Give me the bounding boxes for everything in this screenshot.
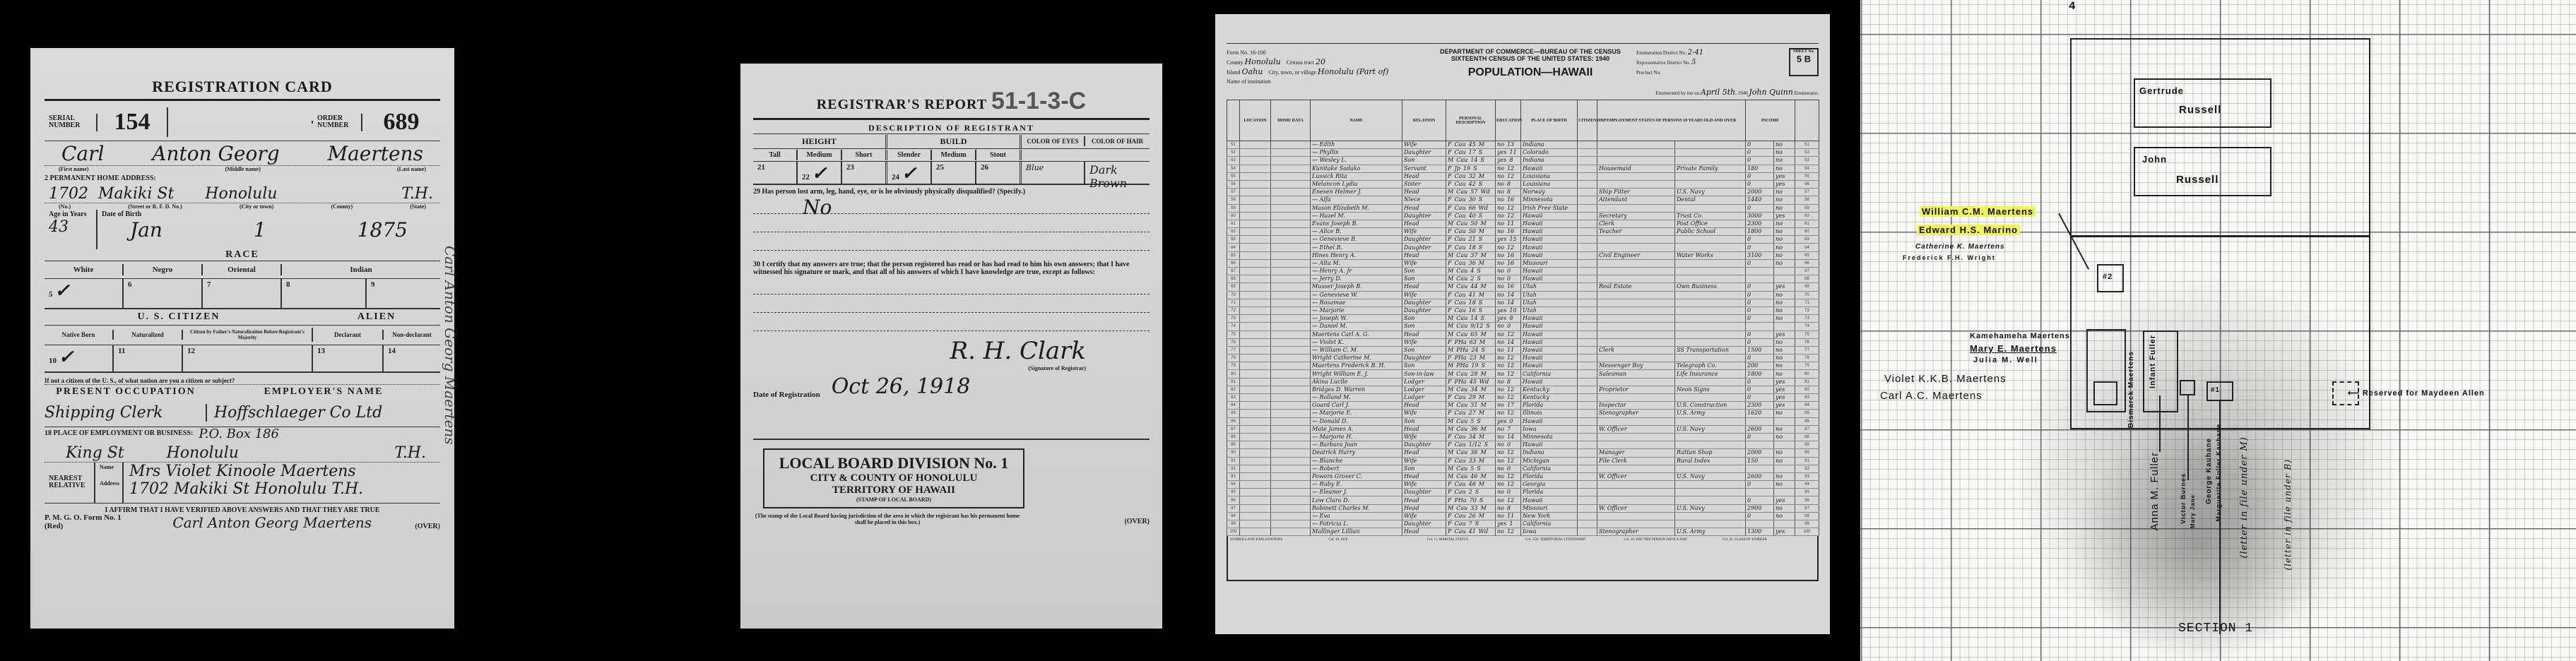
map-name: Carl A.C. Maertens [1880,390,1983,402]
stamp-number: 51-1-3-C [991,88,1086,115]
col-home-data: HOME DATA [1271,100,1311,141]
census-value: 50 [1469,228,1476,234]
census-cell-relation: Daughter [1402,244,1446,251]
census-cell-birth: Hawaii [1521,165,1578,172]
census-cell-name: — Patricia L. [1311,520,1402,528]
census-value: Cau [1456,449,1467,455]
census-value: F [1448,228,1452,234]
census-cell-income: 2600 [1746,472,1774,480]
census-cell-birth: Minnesota [1521,196,1578,204]
census-value: 12 [1507,205,1514,211]
census-value: S [1475,520,1479,527]
census-cell-personal: MPHa19S [1446,362,1496,370]
census-cell-edu: no12 [1496,394,1521,402]
census-value: Cau [1456,283,1467,290]
serial-number: 154 [98,107,168,137]
census-cell-cit [1578,196,1597,204]
census-cell-blank [1240,433,1271,441]
census-value: M [1479,339,1485,345]
census-cell-cit [1578,259,1597,267]
census-cell-personal: FPHa70S [1446,496,1496,504]
census-value: M [1448,347,1453,353]
census-cell-blank [1271,520,1311,528]
census-value: no [1497,528,1504,535]
census-row: 78Wright Catherine M.DaughterFPHa23Mno12… [1227,355,1819,362]
census-cell-relation: Head [1402,496,1446,504]
field-number: 23 [842,162,887,184]
census-cell-blank [1240,196,1271,204]
census-cell-blank [1271,323,1311,330]
relative-name-label: Name [100,464,118,470]
census-cell-occ: W. Officer [1597,472,1675,480]
census-cell-income: 0 [1746,259,1774,267]
census-cell-personal: FCau66Wd [1446,204,1496,212]
census-cell-ind [1675,157,1746,165]
census-value: no [1497,347,1504,353]
census-value: no [1497,228,1504,234]
census-cell-line: 58 [1227,196,1240,204]
county-label: County [1227,59,1243,66]
census-cell-cit [1578,291,1597,299]
census-cell-income: 0 [1746,315,1774,323]
census-cell-edu: no12 [1496,410,1521,417]
census-cell-line: 88 [1795,433,1819,441]
census-table: LOCATION HOME DATA NAME RELATION PERSONA… [1227,100,1819,536]
census-value: M [1480,505,1486,511]
census-value: Cau [1455,181,1466,187]
census-cell-income [1746,520,1774,528]
census-row: 68— Jerry D.SonMCau2Sno0Hawaii68 [1227,275,1819,283]
census-cell-edu: no8 [1496,189,1521,196]
census-cell-relation: Head [1402,172,1446,180]
map-section-label: SECTION 1 [2178,621,2253,636]
census-cell-occ [1597,433,1675,441]
census-cell-ind: Private Family [1675,165,1746,172]
census-cell-cit [1578,410,1597,417]
employer-label: EMPLOYER'S NAME [207,386,440,398]
census-row: 98— EvaWifeFCau26Mno11New York0no98 [1227,512,1819,520]
census-value: M [1480,283,1486,290]
census-value: Wd [1479,205,1488,211]
census-value: M [1480,252,1486,258]
census-cell-edu: no8 [1496,378,1521,386]
employer-value: Hoffschlaeger Co Ltd [207,404,440,422]
census-cell-relation: Daughter [1402,212,1446,220]
census-cell-blank [1271,489,1311,496]
census-cell-edu: no12 [1496,481,1521,489]
census-cell-occ: Teacher [1597,228,1675,236]
census-cell-occ: Manager [1597,449,1675,457]
address-state: T.H. [401,185,433,203]
census-cell-occ [1597,465,1675,472]
census-cell-occ: File Clerk [1597,457,1675,465]
census-cell-birth: Hawaii [1521,355,1578,362]
census-cell-blank [1240,441,1271,449]
census-value: Cau [1455,528,1466,535]
address-street: Makiki St [98,185,174,203]
census-cell-blank [1271,204,1311,212]
census-value: Jp [1455,165,1460,172]
census-cell-cit [1578,512,1597,520]
census-cell-cit [1578,228,1597,236]
census-cell-relation: Daughter [1402,355,1446,362]
tract-value: 20 [1316,57,1325,66]
census-cell-line: 84 [1227,402,1240,410]
census-cell-income [1746,489,1774,496]
census-cell-blank [1271,244,1311,251]
census-cell-cit [1578,457,1597,465]
census-cell-edu: yes8 [1496,315,1521,323]
census-cell-occ [1597,338,1675,346]
census-cell-birth: Colorado [1521,149,1578,157]
census-cell-cit [1578,449,1597,457]
census-cell-personal: MCau50M [1446,220,1496,227]
census-value: yes [1497,157,1506,163]
census-cell-birth: Hawaii [1521,496,1578,504]
census-value: Cau [1456,189,1467,195]
height-col: Tall [753,150,798,160]
census-cell-edu: no12 [1496,362,1521,370]
census-row: 90Deatrick HarryHeadMCau36Mno12IndianaMa… [1227,449,1819,457]
census-value: F [1448,181,1452,187]
census-value: 12 [1507,331,1514,338]
census-row: 87Mate James A.HeadMCau36Mno7IowaW. Offi… [1227,425,1819,433]
census-row: 73— Joseph W.SonMCau14Syes8Hawaii0no73 [1227,315,1819,323]
census-value: no [1497,141,1504,148]
census-cell-cit [1578,402,1597,410]
census-cell-line: 92 [1795,465,1819,472]
census-dept: DEPARTMENT OF COMMERCE—BUREAU OF THE CEN… [1438,48,1622,55]
island-label: Island [1227,69,1241,76]
census-cell-birth: Hawaii [1521,417,1578,425]
census-cell-relation: Wife [1402,141,1446,149]
census-cell-blank [1271,417,1311,425]
upper-plot-block [2070,38,2370,237]
census-value: M [1448,157,1453,163]
census-cell-ind: Dental [1675,196,1746,204]
census-cell-line: 55 [1227,172,1240,180]
census-cell-line: 98 [1227,512,1240,520]
census-cell-blank [1240,157,1271,165]
census-value: no [1497,489,1504,495]
census-cell-personal: FCau50M [1446,228,1496,236]
height-label: HEIGHT [753,135,887,148]
age-value: 43 [49,218,92,236]
map-section-number: 4 [2069,0,2076,13]
census-cell-blank [1240,370,1271,378]
census-value: F [1448,292,1452,298]
census-cell-blank [1240,283,1271,291]
census-cell-personal: MCau65M [1446,330,1496,338]
census-cell-blank [1271,457,1311,465]
census-cell-edu: no14 [1496,299,1521,306]
census-cell-blank [1271,228,1311,236]
census-value: S [1475,489,1479,495]
census-cell-blank [1271,394,1311,402]
census-value: 4 [1470,268,1474,274]
checkmark-icon: ✓ [54,280,70,301]
census-cell-income: 0 [1746,244,1774,251]
census-cell-income: 0 [1746,433,1774,441]
census-cell-occ [1597,417,1675,425]
census-cell-line: 88 [1227,433,1240,441]
census-cell-cit [1578,346,1597,354]
census-cell-line: 89 [1795,441,1819,449]
caption: (City or town) [240,203,273,210]
census-value: M [1448,323,1453,329]
census-cell-birth: Utah [1521,291,1578,299]
census-cell-cit [1578,417,1597,425]
enumerator-name: John Quinn [1749,88,1793,97]
census-value: 66 [1469,205,1476,211]
census-cell-line: 84 [1795,402,1819,410]
census-cell-income [1746,417,1774,425]
census-cell-personal: FCau32M [1446,172,1496,180]
census-cell-birth: Hawaii [1521,220,1578,227]
census-cell-ind [1675,323,1746,330]
census-value: 46 [1470,473,1477,480]
census-cell-edu: no12 [1496,204,1521,212]
census-cell-line: 66 [1795,259,1819,267]
census-cell-other: yes [1774,394,1795,402]
census-cell-blank [1240,512,1271,520]
alien-title: ALIEN [313,311,440,323]
checkmark-icon: ✓ [812,163,827,184]
census-cell-line: 81 [1795,378,1819,386]
census-value: 24 [1471,347,1478,353]
census-cell-other: no [1774,204,1795,212]
census-row: 91— BlancheWifeFCau33Mno12MichiganFile C… [1227,457,1819,465]
census-row: 59Mason Elizabeth M.HeadFCau66Wdno12Iris… [1227,204,1819,212]
census-row: 58— AlfaNieceFCau30Sno16MinnesotaAttenda… [1227,196,1819,204]
census-value: yes [1497,418,1506,424]
census-cell-relation: Lodger [1402,386,1446,393]
census-row: 67— Henry A. JrSonMCau4Sno0Hawaii67 [1227,268,1819,275]
census-cell-edu: no14 [1496,291,1521,299]
census-cell-name: Low Clara D. [1311,496,1402,504]
census-cell-birth: New York [1521,512,1578,520]
census-cell-cit [1578,355,1597,362]
census-row: 51— EdithWifeFCau45Mno13Indiana0no51 [1227,141,1819,149]
us-citizen-title: U. S. CITIZEN [45,311,313,323]
census-cell-personal: FJp19S [1446,165,1496,172]
census-value: 12 [1507,173,1514,179]
occupation-value: Shipping Clerk [45,404,207,422]
build-col: Slender [887,150,932,160]
census-cell-other: no [1774,259,1795,267]
census-row: 81Akina LucileLodgerFPHa45Wdno8Hawaii0ye… [1227,378,1819,386]
map-note-vertical: (letter in file under M) [2239,436,2250,559]
census-cell-personal: FCau46M [1446,481,1496,489]
census-cell-line: 74 [1227,323,1240,330]
census-cell-blank [1240,220,1271,227]
census-cell-personal: FCau42S [1446,180,1496,188]
census-row: 72— MarjorieDaughterFCau16Syes10Utah0no7… [1227,306,1819,314]
census-value: S [1479,196,1482,203]
census-cell-blank [1240,244,1271,251]
census-cell-line: 73 [1795,315,1819,323]
census-cell-other: no [1774,410,1795,417]
census-value: F [1448,173,1452,179]
census-cell-line: 71 [1795,299,1819,306]
census-row: 75Maertens Carl A. G.HeadMCau65Mno12Hawa… [1227,330,1819,338]
census-cell-ind [1675,520,1746,528]
census-cell-birth: Michigan [1521,457,1578,465]
citizen-col: Naturalized [114,330,183,340]
census-cell-blank [1271,378,1311,386]
census-cell-line: 93 [1227,472,1240,480]
sheet-value: 5 B [1790,54,1817,64]
census-value: Cau [1456,473,1467,480]
col-personal: PERSONAL DESCRIPTION [1446,100,1496,141]
census-value: 11 [1507,220,1514,227]
census-cell-name: — Barbara Joan [1311,441,1402,449]
census-cell-relation: Head [1402,330,1446,338]
census-cell-line: 81 [1227,378,1240,386]
census-cell-line: 89 [1227,441,1240,449]
census-1940-sheet: Form No. 16-100 County Honolulu Census t… [1215,14,1830,634]
census-cell-cit [1578,315,1597,323]
census-cell-line: 65 [1227,251,1240,259]
census-cell-blank [1240,346,1271,354]
census-cell-name: — Alta M. [1311,259,1402,267]
census-cell-personal: MCau36M [1446,449,1496,457]
census-cell-cit [1578,244,1597,251]
census-cell-line: 100 [1795,528,1819,536]
census-cell-relation: Son-in-law [1402,370,1446,378]
census-row: 93Powers Grover C.HeadMCau46Mno12Florida… [1227,472,1819,480]
census-cell-cit [1578,378,1597,386]
census-cell-blank [1271,283,1311,291]
census-value: M [1448,465,1453,472]
census-cell-line: 97 [1795,504,1819,512]
legend-item: Col. 15A. TERRITORIAL CITIZENSHIP [1525,538,1618,578]
census-cell-edu: no0 [1496,489,1521,496]
census-cell-occ [1597,378,1675,386]
census-cell-other: no [1774,236,1795,244]
census-cell-personal: FPHa23M [1446,355,1496,362]
census-cell-line: 78 [1227,355,1240,362]
census-cell-line: 51 [1795,141,1819,149]
census-cell-ind [1675,268,1746,275]
census-value: 36 [1469,260,1476,266]
census-cell-blank [1240,259,1271,267]
census-cell-ind [1675,149,1746,157]
census-cell-other: no [1774,315,1795,323]
citizen-col: Native Born [45,330,114,340]
census-cell-edu: no12 [1496,528,1521,536]
census-cell-blank [1271,504,1311,512]
census-cell-line: 90 [1795,449,1819,457]
census-cell-cit [1578,323,1597,330]
census-cell-line: 67 [1227,268,1240,275]
census-title: SIXTEENTH CENSUS OF THE UNITED STATES: 1… [1438,55,1622,62]
enumerated-year: 1940 [1738,90,1748,96]
census-value: S [1473,165,1477,172]
census-cell-blank [1240,291,1271,299]
census-cell-other: yes [1774,386,1795,393]
census-value: S [1484,441,1488,448]
census-value: F [1448,520,1452,527]
census-cell-relation: Daughter [1402,236,1446,244]
census-cell-line: 75 [1795,330,1819,338]
map-name-vertical: Marguerite Fuller Kauhane [2215,424,2222,522]
census-cell-edu: no12 [1496,370,1521,378]
census-cell-personal: MCau28M [1446,370,1496,378]
census-value: 12 [1507,410,1514,416]
map-name: Mary E. Maertens [1970,343,2057,354]
census-cell-cit [1578,386,1597,393]
census-cell-edu: no0 [1496,275,1521,283]
census-cell-line: 96 [1795,496,1819,504]
census-cell-edu: yes1 [1496,520,1521,528]
census-cell-occ [1597,236,1675,244]
census-value: no [1497,441,1504,448]
census-value: M [1448,362,1453,369]
census-value: 12 [1507,458,1514,464]
census-cell-line: 91 [1795,457,1819,465]
census-cell-blank [1271,149,1311,157]
census-cell-relation: Head [1402,449,1446,457]
census-cell-income: 0 [1746,355,1774,362]
census-cell-line: 66 [1227,259,1240,267]
census-cell-name: — Hazel M. [1311,212,1402,220]
census-cell-cit [1578,204,1597,212]
census-cell-occ: Stenographer [1597,528,1675,536]
census-cell-ind [1675,417,1746,425]
census-cell-income: 0 [1746,306,1774,314]
census-value: Cau [1455,481,1466,487]
census-notice [1227,38,1819,44]
census-row: 71— RosamaeDaughterFCau18Sno14Utah0no71 [1227,299,1819,306]
census-value: M [1479,355,1485,361]
census-cell-ind: U.S. Army [1675,528,1746,536]
census-cell-relation: Head [1402,204,1446,212]
census-value: F [1448,165,1452,172]
census-cell-blank [1271,512,1311,520]
citizen-col: Non-declarant [384,330,440,340]
plot-mark: #2 [2103,273,2113,281]
census-cell-name: — Daniel M. [1311,323,1402,330]
census-cell-edu: no0 [1496,465,1521,472]
eyes-label: COLOR OF EYES [1022,136,1085,146]
census-cell-edu: no7 [1496,425,1521,433]
census-value: 36 [1470,449,1477,455]
census-value: 12 [1507,371,1514,377]
census-cell-other: no [1774,346,1795,354]
census-cell-cit [1578,441,1597,449]
map-name: Catherine K. Maertens [1915,243,2005,251]
census-cell-line: 70 [1227,291,1240,299]
census-row: 80Wright William E. J.Son-in-lawMCau28Mn… [1227,370,1819,378]
population-title: POPULATION—HAWAII [1438,66,1622,79]
census-cell-edu: no12 [1496,457,1521,465]
census-value: S [1479,299,1482,306]
census-cell-personal: FCau41Wd [1446,528,1496,536]
census-cell-name: Musser Joseph B. [1311,283,1402,291]
census-row: 84Guard Carl J.HeadMCau31Mno17FloridaIns… [1227,402,1819,410]
census-cell-ind [1675,465,1746,472]
census-cell-edu: no17 [1496,402,1521,410]
census-value: M [1480,220,1486,227]
address-city: Honolulu [205,185,277,203]
registrar-signature: R. H. Clark [753,337,1086,365]
census-cell-line: 79 [1795,362,1819,370]
census-cell-relation: Wife [1402,481,1446,489]
legend-item: Col. 22. CLASS OF WORKER [1723,538,1815,578]
census-row: 83— Rolland M.LodgerFCau29Mno12Kentucky0… [1227,394,1819,402]
census-cell-blank [1240,355,1271,362]
